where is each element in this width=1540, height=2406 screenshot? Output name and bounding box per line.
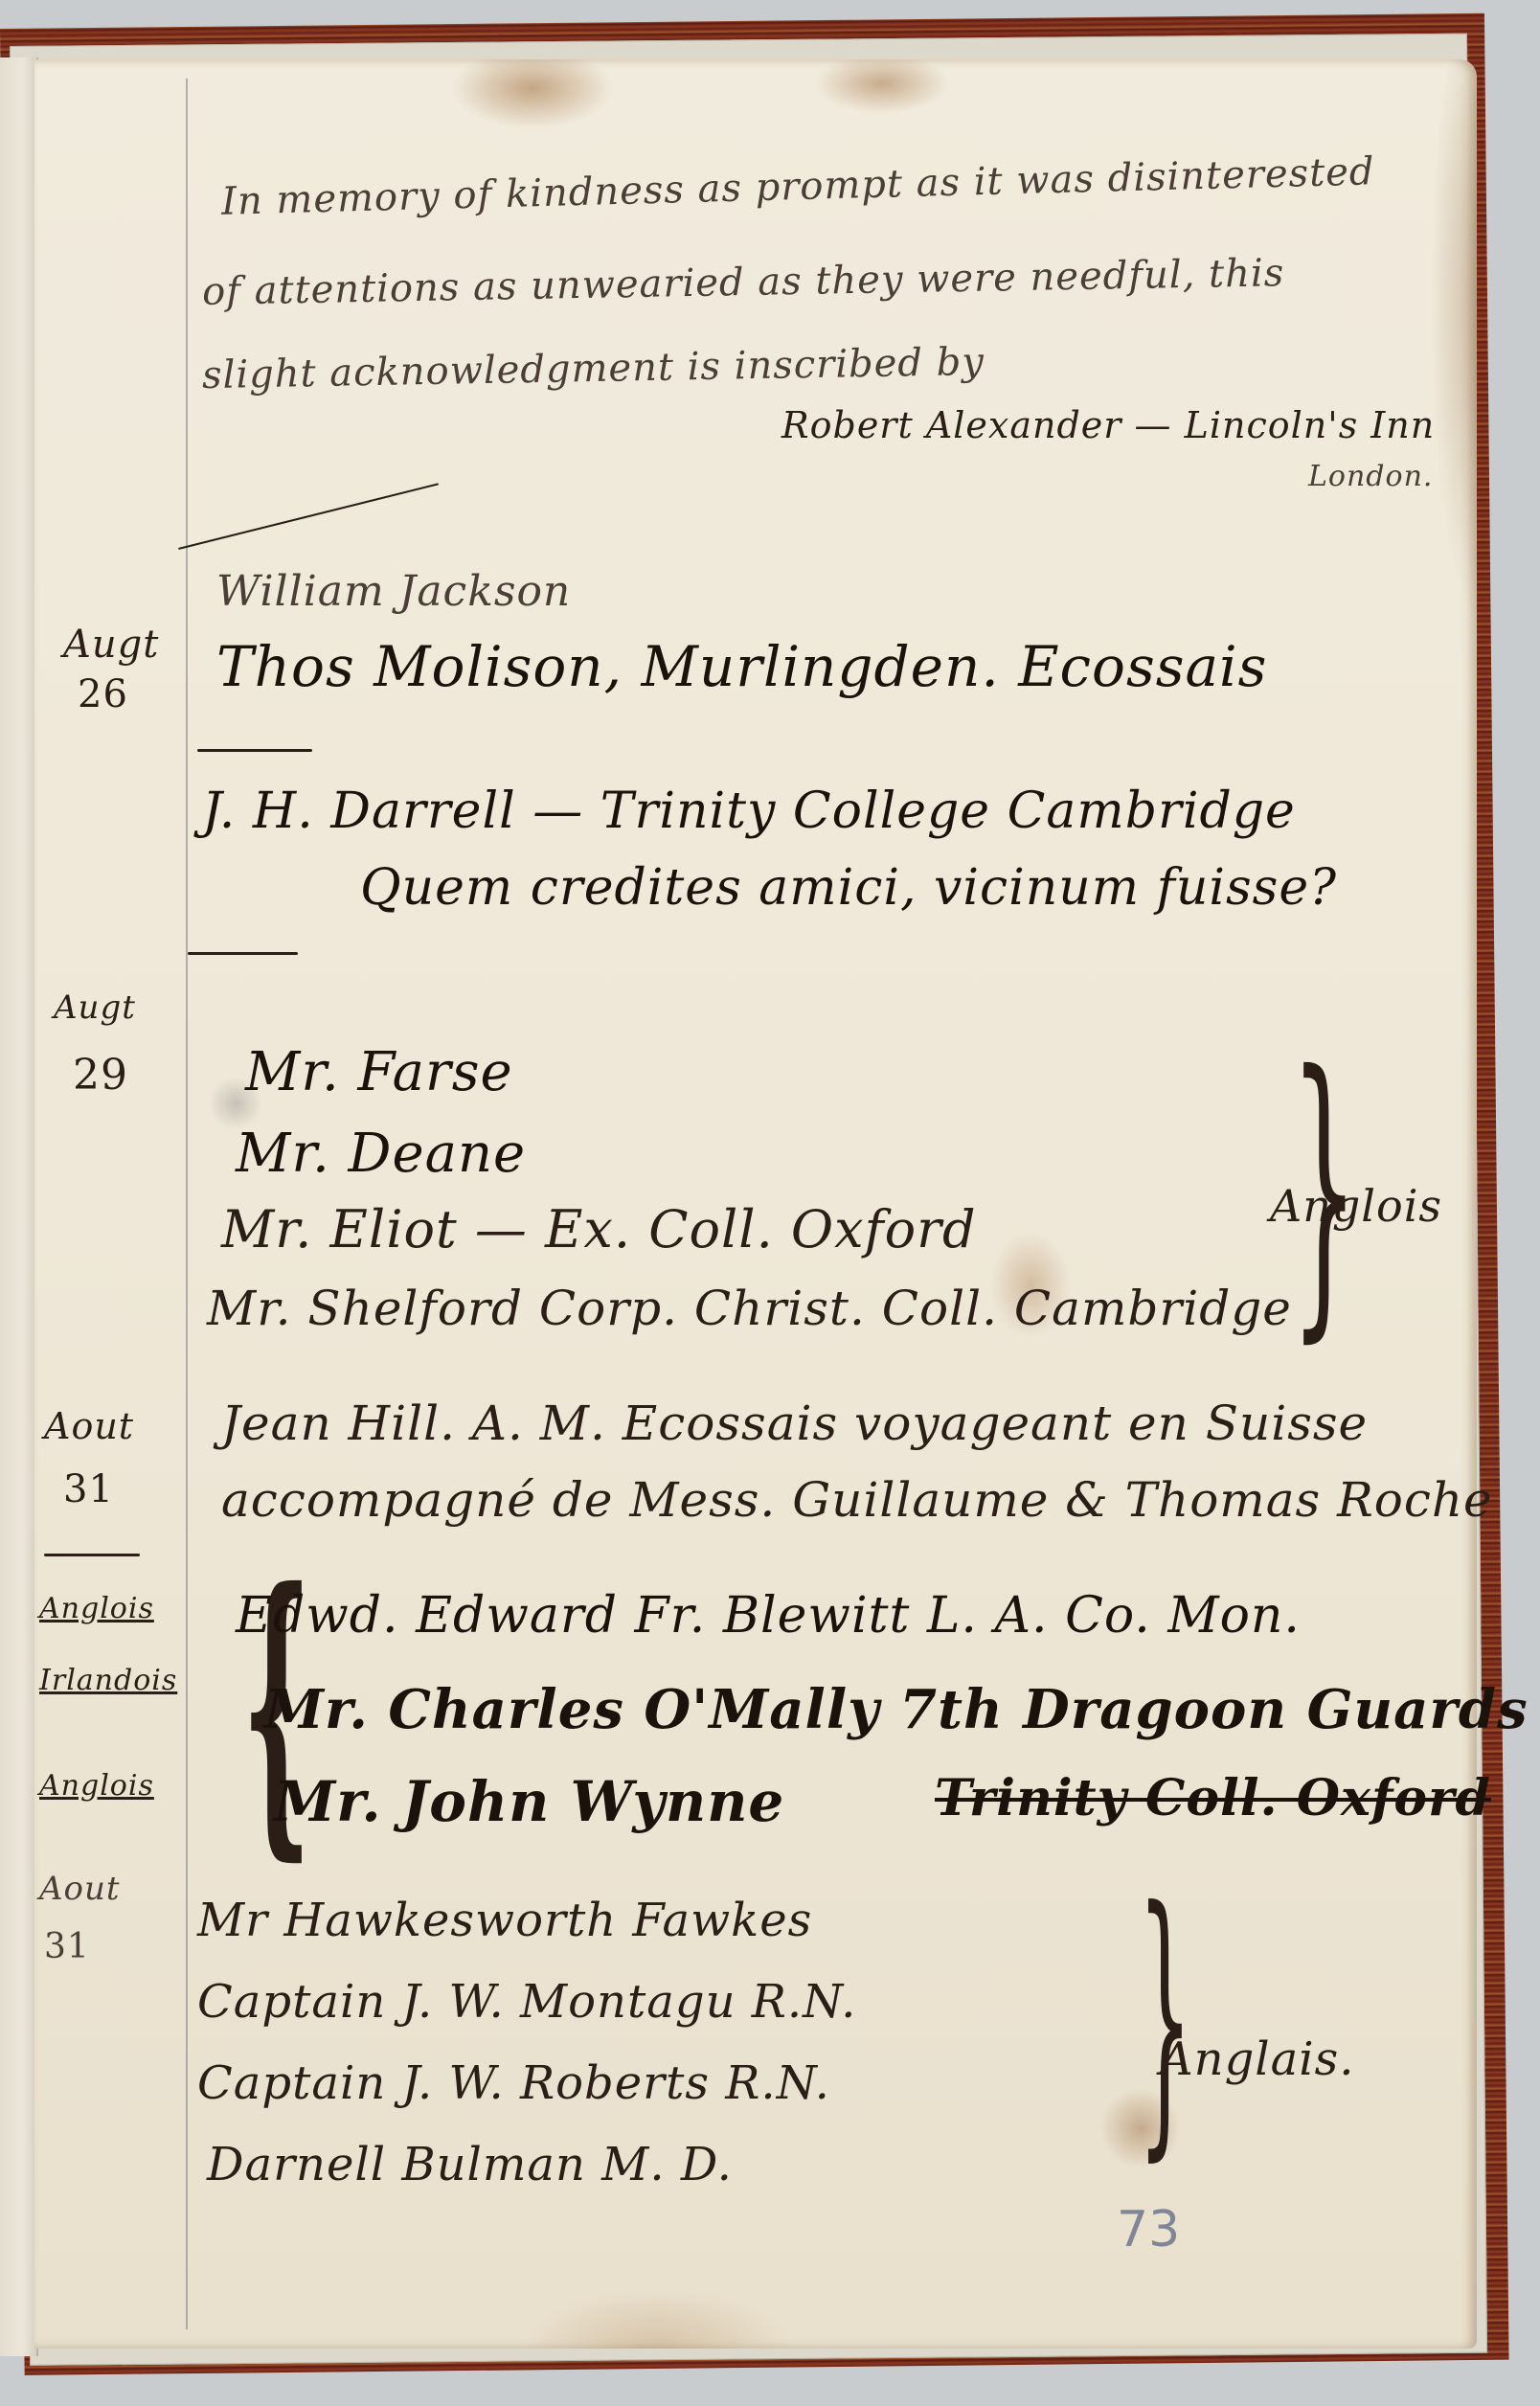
entry-line: Quem credites amici, vicinum fuisse? xyxy=(360,859,1337,917)
entry-line: Thos Molison, Murlingden. Ecossais xyxy=(216,634,1267,699)
entry-date-day: 31 xyxy=(63,1467,114,1511)
page-number: 73 xyxy=(1117,2201,1180,2258)
entry-date-month: Augt xyxy=(54,988,136,1027)
dedication-line-3: slight acknowledgment is inscribed by xyxy=(202,340,985,397)
separator-line xyxy=(178,483,439,550)
entry-line: Mr. Charles O'Mally 7th Dragoon Guards xyxy=(264,1678,1529,1741)
margin-label: Irlandois xyxy=(39,1664,177,1697)
entry-line: William Jackson xyxy=(216,567,571,616)
dedication-place: London. xyxy=(1308,460,1433,493)
dedication-line-1: In memory of kindness as prompt as it wa… xyxy=(221,149,1375,224)
entry-date-month: Aout xyxy=(39,1870,121,1908)
brace: } xyxy=(1138,1874,1192,2162)
group-label: Anglois xyxy=(1270,1180,1442,1232)
entry-line: Mr. Deane xyxy=(236,1123,526,1185)
entry-date-day: 29 xyxy=(73,1051,128,1100)
entry-line: Mr. Shelford Corp. Christ. Coll. Cambrid… xyxy=(207,1281,1292,1336)
manuscript-page: In memory of kindness as prompt as it wa… xyxy=(34,59,1477,2349)
entry-line: Captain J. W. Roberts R.N. xyxy=(197,2056,830,2110)
entry-line: Captain J. W. Montagu R.N. xyxy=(197,1975,856,2029)
dedication-line-2: of attentions as unwearied as they were … xyxy=(202,251,1285,314)
dedication-signature: Robert Alexander — Lincoln's Inn xyxy=(781,404,1435,446)
margin-rule xyxy=(186,79,188,2329)
group-label: Anglais. xyxy=(1160,2032,1355,2086)
separator-line xyxy=(188,952,298,955)
entry-date-day: 31 xyxy=(44,1927,90,1966)
entry-date-month: Augt xyxy=(63,623,159,667)
struck-text: Trinity Coll. Oxford xyxy=(935,1769,1491,1827)
entry-line: J. H. Darrell — Trinity College Cambridg… xyxy=(202,783,1296,840)
entry-line: Darnell Bulman M. D. xyxy=(207,2138,733,2191)
entry-line: accompagné de Mess. Guillaume & Thomas R… xyxy=(221,1472,1493,1528)
separator-line xyxy=(197,749,312,752)
entry-date-day: 26 xyxy=(78,672,128,716)
separator-line xyxy=(44,1554,140,1556)
entry-line: Edwd. Edward Fr. Blewitt L. A. Co. Mon. xyxy=(236,1587,1301,1645)
entry-date-month: Aout xyxy=(44,1405,134,1447)
entry-line: Mr. John Wynne xyxy=(274,1769,784,1834)
entry-line: Mr. Eliot — Ex. Coll. Oxford xyxy=(221,1199,977,1260)
facing-page-edge xyxy=(0,57,38,2356)
entry-line: Mr Hawkesworth Fawkes xyxy=(197,1894,812,1947)
margin-label: Anglois xyxy=(39,1769,154,1803)
entry-line: Mr. Farse xyxy=(245,1041,513,1103)
margin-label: Anglois xyxy=(39,1592,154,1625)
entry-line: Jean Hill. A. M. Ecossais voyageant en S… xyxy=(221,1396,1368,1451)
